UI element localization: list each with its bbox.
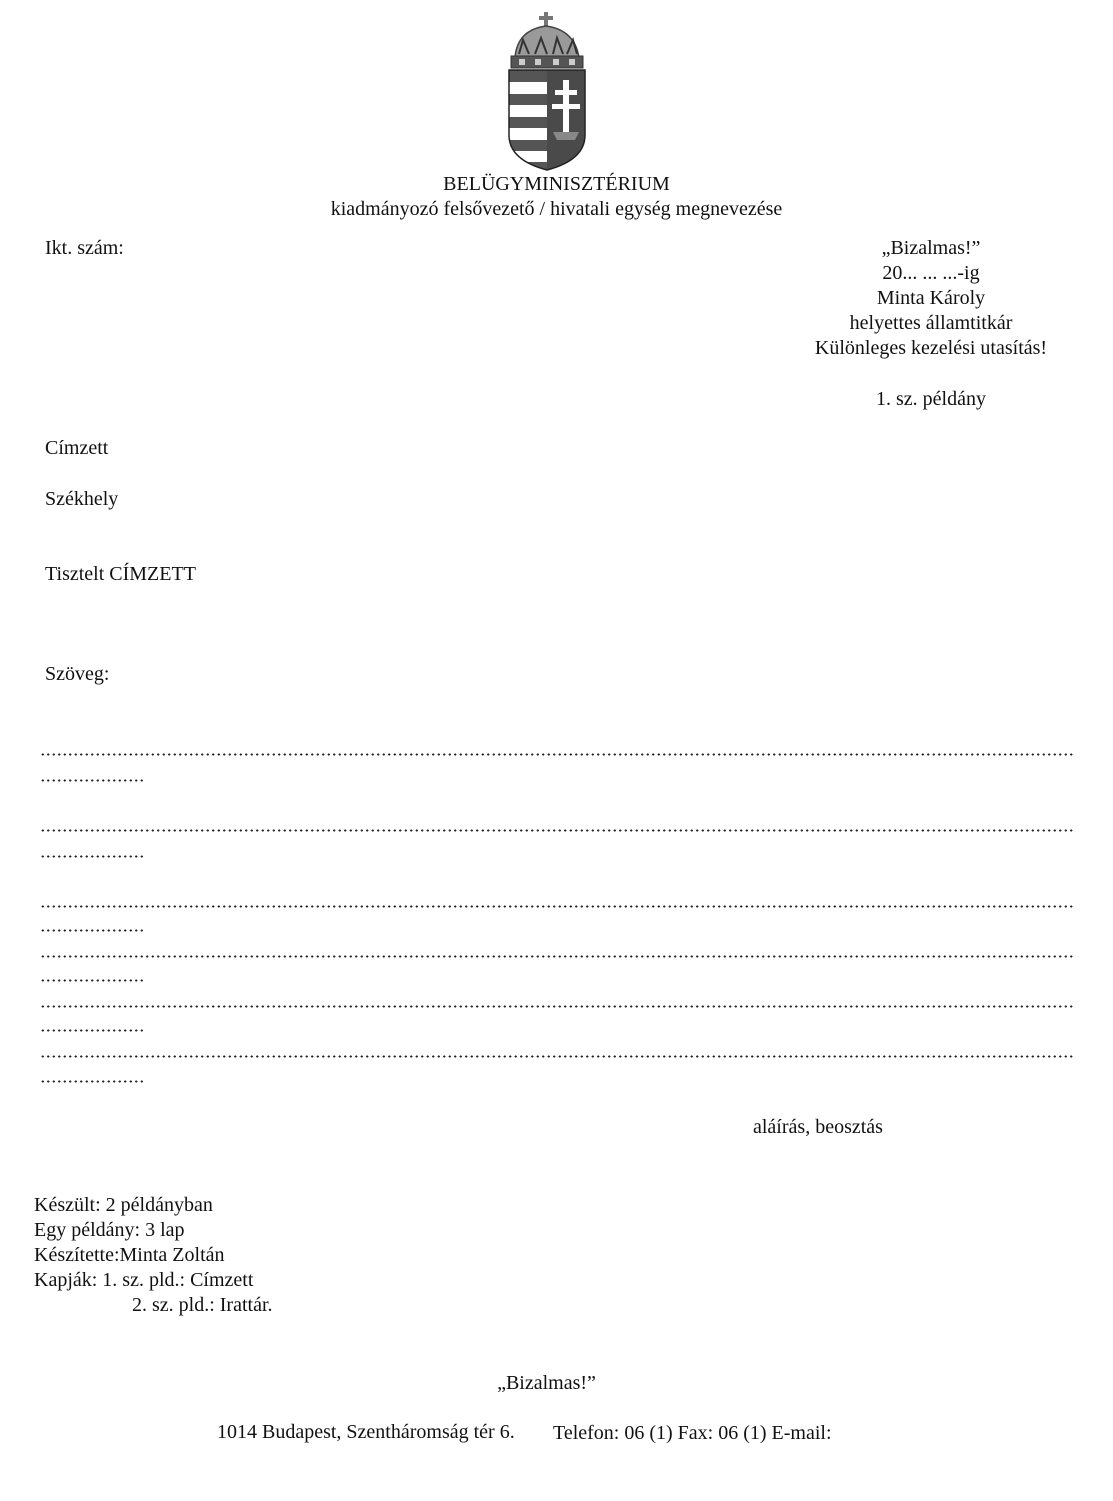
hungarian-coat-of-arms-icon: [505, 10, 589, 172]
text-label: Szöveg:: [45, 663, 109, 686]
dotted-line: [40, 1005, 1075, 1008]
seat-label: Székhely: [45, 488, 118, 511]
dotted-line: [40, 1055, 1075, 1058]
copies-made: Készült: 2 példányban: [34, 1193, 273, 1218]
recipient-label: Címzett: [45, 437, 108, 460]
validity-date: 20... ... ...-ig: [800, 261, 1062, 286]
dotted-line: [40, 753, 1075, 756]
footer-contact: Telefon: 06 (1) Fax: 06 (1) E-mail:: [553, 1422, 832, 1445]
salutation: Tisztelt CÍMZETT: [45, 563, 196, 586]
classification-line: „Bizalmas!”: [800, 236, 1062, 261]
pages-per-copy: Egy példány: 3 lap: [34, 1218, 273, 1243]
recipients-copy-2: 2. sz. pld.: Irattár.: [34, 1293, 273, 1318]
distribution-list: Készült: 2 példányban Egy példány: 3 lap…: [34, 1193, 273, 1318]
official-name: Minta Károly: [800, 286, 1062, 311]
dotted-line: [40, 779, 143, 782]
dotted-line: [40, 979, 143, 982]
dotted-line: [40, 855, 143, 858]
footer-address: 1014 Budapest, Szentháromság tér 6.: [217, 1421, 515, 1444]
ministry-name: BELÜGYMINISZTÉRIUM: [0, 173, 1113, 196]
footer-classification: „Bizalmas!”: [0, 1372, 1093, 1395]
recipients-copy-1: Kapják: 1. sz. pld.: Címzett: [34, 1268, 273, 1293]
official-title: helyettes államtitkár: [800, 311, 1062, 336]
dotted-line: [40, 1029, 143, 1032]
dotted-line: [40, 829, 1075, 832]
handling-instruction: Különleges kezelési utasítás!: [800, 336, 1062, 361]
issuing-unit: kiadmányozó felsővezető / hivatali egysé…: [0, 198, 1113, 221]
reference-number-label: Ikt. szám:: [45, 237, 124, 260]
classification-block: „Bizalmas!” 20... ... ...-ig Minta Károl…: [800, 236, 1062, 412]
dotted-line: [40, 929, 143, 932]
prepared-by: Készítette:Minta Zoltán: [34, 1243, 273, 1268]
copy-number: 1. sz. példány: [800, 387, 1062, 412]
dotted-line: [40, 955, 1075, 958]
dotted-line: [40, 1080, 143, 1083]
dotted-line: [40, 905, 1075, 908]
signature-label: aláírás, beosztás: [753, 1116, 883, 1139]
